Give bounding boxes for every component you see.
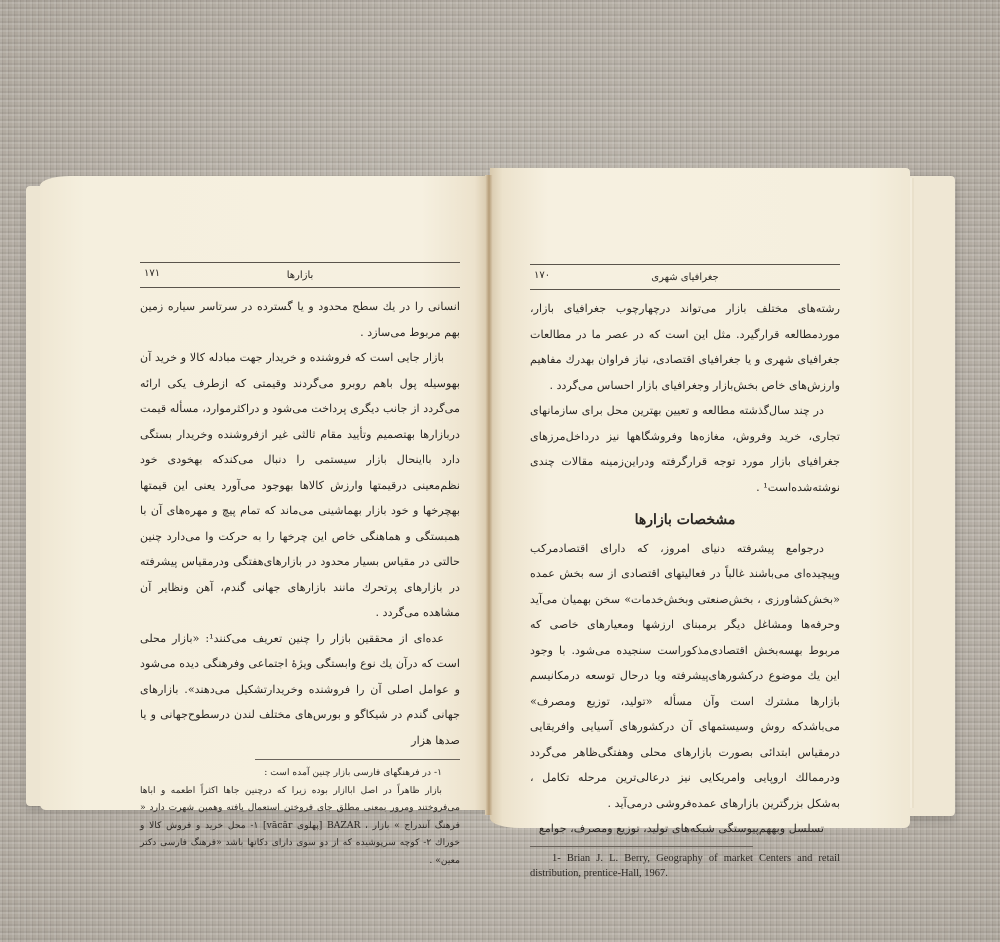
- footnote-line: بازار ظاهراً در اصل اباازار بوده زیرا که…: [140, 782, 460, 870]
- open-book: بازارها ۱۷۱ انسانی را در یك سطح محدود و …: [0, 0, 1000, 942]
- paragraph: در چند سال‌گذشته مطالعه و تعیین بهترین م…: [530, 398, 840, 500]
- paragraph: عده‌ای از محققین بازار را چنین تعریف می‌…: [140, 626, 460, 754]
- left-body-text: انسانی را در یك سطح محدود و یا گسترده در…: [140, 294, 460, 753]
- left-page-content: بازارها ۱۷۱ انسانی را در یك سطح محدود و …: [140, 262, 460, 869]
- paragraph: درجوامع پیشرفته دنیای امروز، که دارای اق…: [530, 536, 840, 817]
- page-number: ۱۷۱: [144, 268, 160, 279]
- footnote-divider: [255, 759, 460, 760]
- section-heading: مشخصات بازارها: [530, 508, 840, 534]
- right-page-content: جغرافیای شهری ۱۷۰ رشته‌های مختلف بازار م…: [530, 264, 840, 881]
- footnote-citation: 1- Brian J. L. Berry, Geography of marke…: [530, 851, 840, 881]
- book-spine-gutter: [485, 175, 493, 815]
- right-running-header: جغرافیای شهری ۱۷۰: [530, 264, 840, 290]
- running-head-title: بازارها: [287, 270, 314, 281]
- left-running-header: بازارها ۱۷۱: [140, 262, 460, 288]
- paragraph: رشته‌های مختلف بازار می‌تواند درچهارچوب …: [530, 296, 840, 398]
- page-number: ۱۷۰: [534, 270, 550, 281]
- paragraph: تسلسل وبههم‌پیوستگی شبکه‌های تولید، توزی…: [530, 816, 840, 842]
- paragraph: انسانی را در یك سطح محدود و یا گسترده در…: [140, 294, 460, 345]
- left-footnote: ۱- در فرهنگهای فارسی بازار چنین آمده است…: [140, 764, 460, 869]
- right-footnote: 1- Brian J. L. Berry, Geography of marke…: [530, 851, 840, 881]
- paragraph: بازار جایی است که فروشنده و خریدار جهت م…: [140, 345, 460, 626]
- left-page: بازارها ۱۷۱ انسانی را در یك سطح محدود و …: [40, 176, 488, 810]
- right-page: جغرافیای شهری ۱۷۰ رشته‌های مختلف بازار م…: [490, 168, 910, 828]
- running-head-title: جغرافیای شهری: [651, 272, 719, 283]
- footnote-divider: [530, 846, 753, 847]
- footnote-line: ۱- در فرهنگهای فارسی بازار چنین آمده است…: [140, 764, 460, 782]
- right-body-text: رشته‌های مختلف بازار می‌تواند درچهارچوب …: [530, 296, 840, 842]
